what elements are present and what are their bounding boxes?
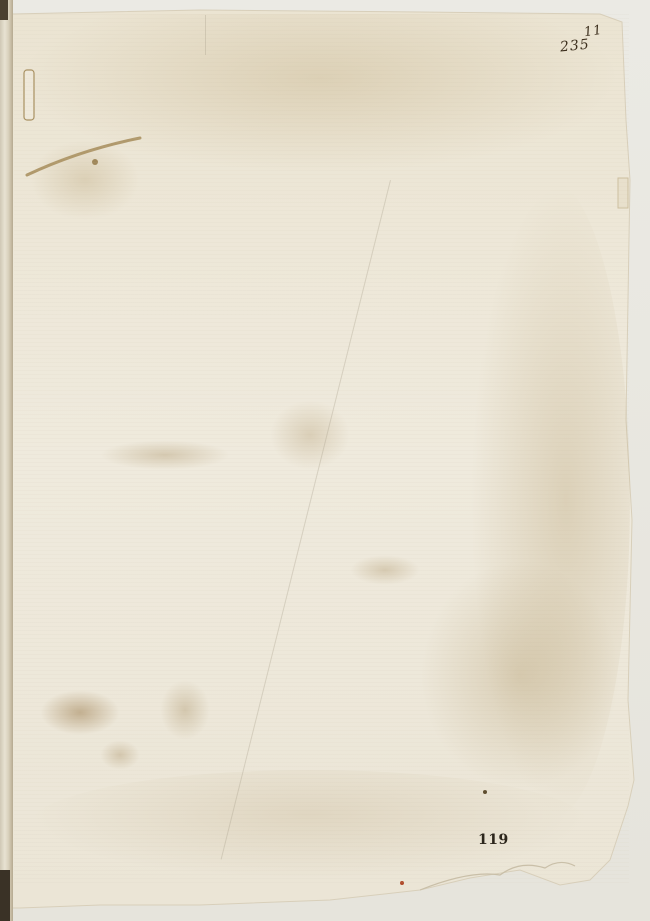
binding-top-shadow [0, 0, 8, 20]
folio-number: 235 [559, 36, 590, 55]
page-number: 119 [478, 832, 509, 848]
book-binding [0, 0, 13, 921]
manuscript-page [0, 0, 650, 921]
fold-crease-2 [205, 15, 206, 55]
binding-bottom-shadow [0, 870, 10, 921]
